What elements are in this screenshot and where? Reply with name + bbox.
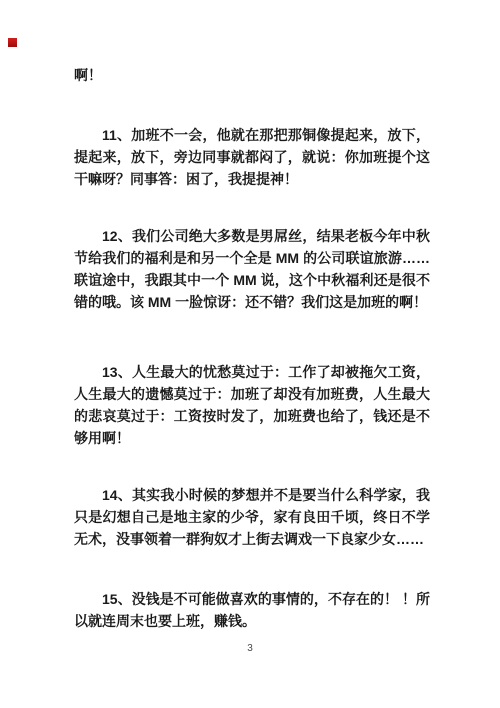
- paragraph-intro: 啊！: [74, 64, 430, 86]
- paragraph-item-12: 12、我们公司绝大多数是男屌丝，结果老板今年中秋节给我们的福利是和另一个全是 M…: [74, 225, 430, 313]
- document-page: 啊！ 11、加班不一会，他就在那把那铜像提起来，放下，提起来，放下，旁边同事就都…: [0, 0, 500, 708]
- red-square-marker: [8, 38, 17, 47]
- paragraph-item-15: 15、没钱是不可能做喜欢的事情的，不存在的！ ！所以就连周末也要上班，赚钱。: [74, 588, 430, 632]
- document-body: 啊！ 11、加班不一会，他就在那把那铜像提起来，放下，提起来，放下，旁边同事就都…: [74, 64, 430, 667]
- paragraph-item-11: 11、加班不一会，他就在那把那铜像提起来，放下，提起来，放下，旁边同事就都闷了，…: [74, 124, 430, 190]
- paragraph-item-14: 14、其实我小时候的梦想并不是要当什么科学家，我只是幻想自己是地主家的少爷，家有…: [74, 484, 430, 550]
- paragraph-item-13: 13、人生最大的忧愁莫过于：工作了却被拖欠工资，人生最大的遗憾莫过于：加班了却没…: [74, 361, 430, 449]
- page-number: 3: [0, 642, 500, 656]
